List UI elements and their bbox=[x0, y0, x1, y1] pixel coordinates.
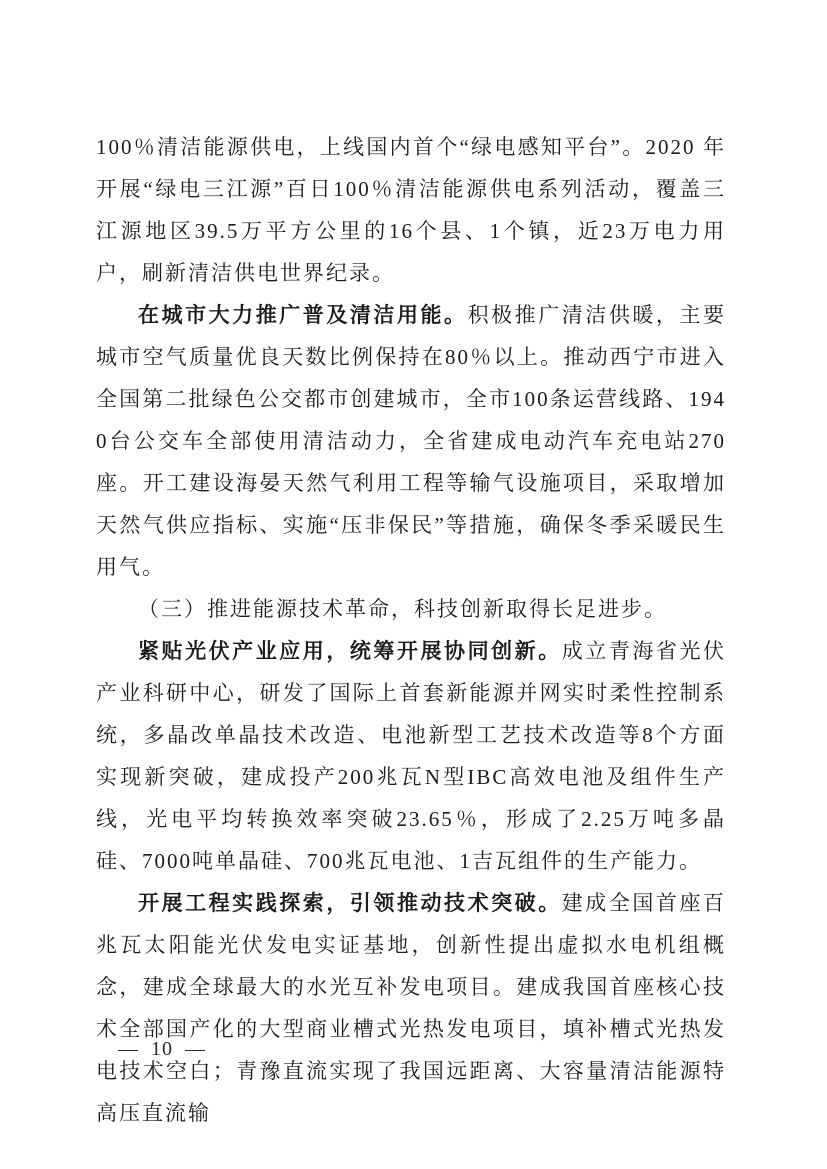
paragraph-5-segment-2: 建成全国首座百兆瓦太阳能光伏发电实证基地，创新性提出虚拟水电机组概念，建成全球最… bbox=[96, 891, 726, 1125]
document-body: 100％清洁能源供电，上线国内首个“绿电感知平台”。2020 年开展“绿电三江源… bbox=[96, 126, 726, 1134]
paragraph-2-segment-2: 积极推广清洁供暖，主要城市空气质量优良天数比例保持在80％以上。推动西宁市进入全… bbox=[96, 303, 726, 579]
paragraph-3: （三）推进能源技术革命，科技创新取得长足进步。 bbox=[96, 588, 726, 630]
paragraph-1: 100％清洁能源供电，上线国内首个“绿电感知平台”。2020 年开展“绿电三江源… bbox=[96, 126, 726, 294]
paragraph-5: 开展工程实践探索，引领推动技术突破。建成全国首座百兆瓦太阳能光伏发电实证基地，创… bbox=[96, 882, 726, 1134]
paragraph-4: 紧贴光伏产业应用，统筹开展协同创新。成立青海省光伏产业科研中心，研发了国际上首套… bbox=[96, 630, 726, 882]
paragraph-2: 在城市大力推广普及清洁用能。积极推广清洁供暖，主要城市空气质量优良天数比例保持在… bbox=[96, 294, 726, 588]
paragraph-3-segment-1: （三）推进能源技术革命，科技创新取得长足进步。 bbox=[138, 597, 667, 621]
page-number-footer: — 10 — bbox=[118, 1036, 206, 1062]
paragraph-4-segment-2: 成立青海省光伏产业科研中心，研发了国际上首套新能源并网实时柔性控制系统，多晶改单… bbox=[96, 639, 726, 873]
paragraph-4-segment-1: 紧贴光伏产业应用，统筹开展协同创新。 bbox=[138, 639, 562, 663]
document-page: 100％清洁能源供电，上线国内首个“绿电感知平台”。2020 年开展“绿电三江源… bbox=[0, 0, 827, 1169]
paragraph-2-segment-1: 在城市大力推广普及清洁用能。 bbox=[138, 303, 468, 327]
paragraph-1-segment-1: 100％清洁能源供电，上线国内首个“绿电感知平台”。2020 年开展“绿电三江源… bbox=[96, 135, 726, 285]
paragraph-5-segment-1: 开展工程实践探索，引领推动技术突破。 bbox=[138, 891, 562, 915]
